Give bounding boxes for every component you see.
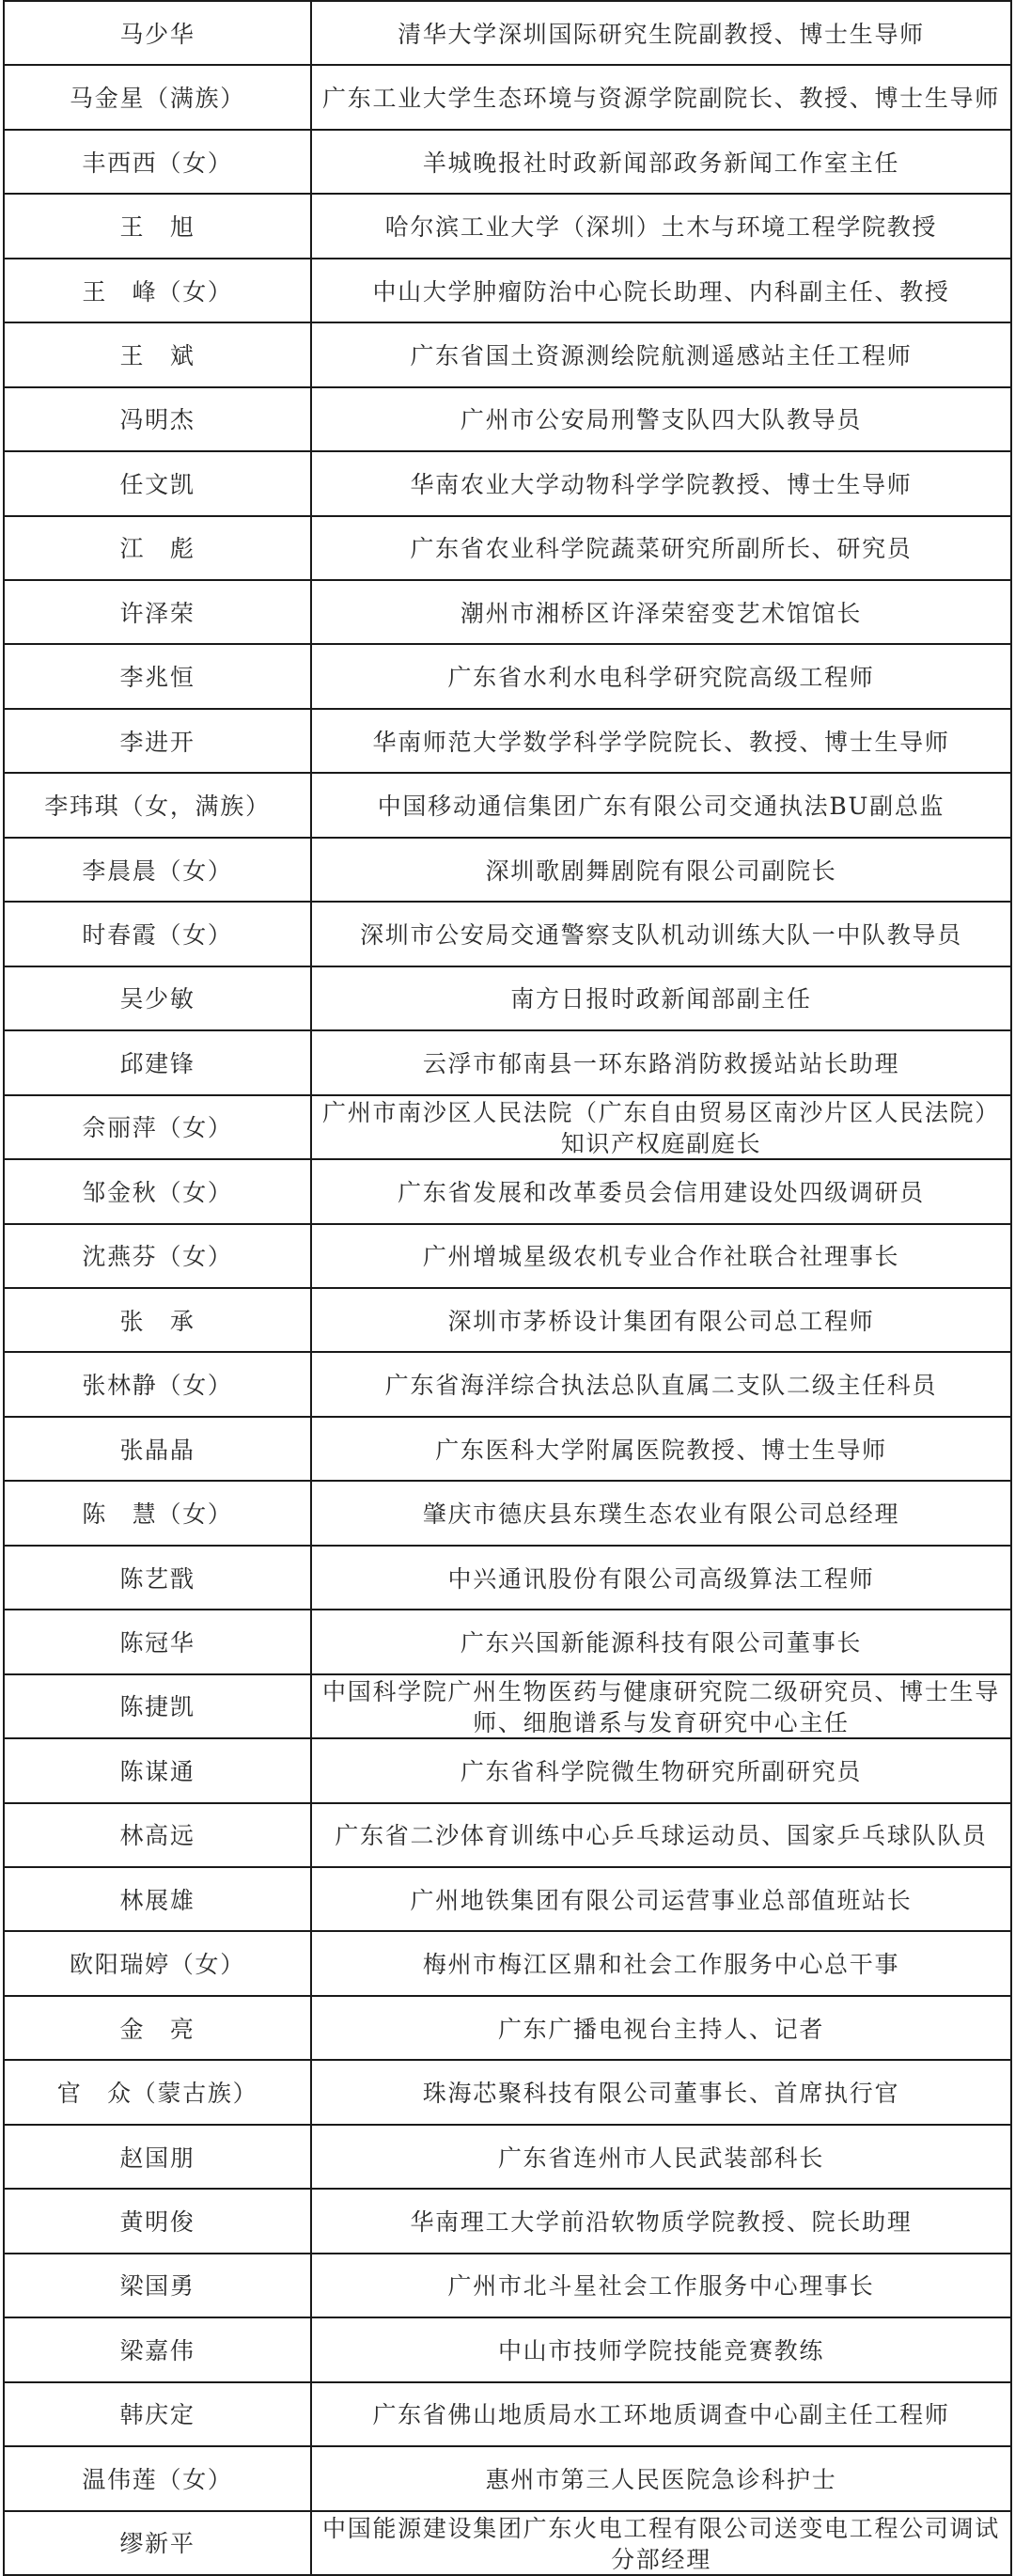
table-row: 陈捷凯中国科学院广州生物医药与健康研究院二级研究员、博士生导 师、细胞谱系与发育…	[5, 1675, 1012, 1739]
name-cell: 佘丽萍（女）	[5, 1096, 312, 1158]
table-row: 李兆恒广东省水利水电科学研究院高级工程师	[5, 645, 1012, 709]
name-cell: 丰西西（女）	[5, 131, 312, 193]
table-row: 陈谋通广东省科学院微生物研究所副研究员	[5, 1739, 1012, 1803]
table-row: 王 斌广东省国土资源测绘院航测遥感站主任工程师	[5, 323, 1012, 387]
position-cell: 云浮市郁南县一环东路消防救援站站长助理	[312, 1031, 1012, 1093]
name-cell: 陈谋通	[5, 1739, 312, 1801]
position-cell: 广东省水利水电科学研究院高级工程师	[312, 645, 1012, 707]
name-cell: 温伟莲（女）	[5, 2447, 312, 2509]
position-cell: 羊城晚报社时政新闻部政务新闻工作室主任	[312, 131, 1012, 193]
name-cell: 许泽荣	[5, 581, 312, 643]
position-cell: 梅州市梅江区鼎和社会工作服务中心总干事	[312, 1932, 1012, 1994]
table-row: 佘丽萍（女）广州市南沙区人民法院（广东自由贸易区南沙片区人民法院） 知识产权庭副…	[5, 1096, 1012, 1160]
table-row: 时春霞（女）深圳市公安局交通警察支队机动训练大队一中队教导员	[5, 903, 1012, 966]
position-cell: 华南农业大学动物科学学院教授、博士生导师	[312, 452, 1012, 514]
table-row: 温伟莲（女）惠州市第三人民医院急诊科护士	[5, 2447, 1012, 2511]
table-row: 官 众（蒙古族）珠海芯聚科技有限公司董事长、首席执行官	[5, 2061, 1012, 2125]
name-cell: 江 彪	[5, 517, 312, 579]
table-row: 张林静（女）广东省海洋综合执法总队直属二支队二级主任科员	[5, 1353, 1012, 1417]
table-row: 王 旭哈尔滨工业大学（深圳）土木与环境工程学院教授	[5, 195, 1012, 259]
position-cell: 深圳市公安局交通警察支队机动训练大队一中队教导员	[312, 903, 1012, 965]
position-cell: 中国能源建设集团广东火电工程有限公司送变电工程公司调试 分部经理	[312, 2512, 1012, 2574]
name-cell: 邱建锋	[5, 1031, 312, 1093]
position-cell: 广东省国土资源测绘院航测遥感站主任工程师	[312, 323, 1012, 385]
name-cell: 梁嘉伟	[5, 2318, 312, 2380]
position-cell: 潮州市湘桥区许泽荣窑变艺术馆馆长	[312, 581, 1012, 643]
position-cell: 中国科学院广州生物医药与健康研究院二级研究员、博士生导 师、细胞谱系与发育研究中…	[312, 1675, 1012, 1737]
position-cell: 肇庆市德庆县东璞生态农业有限公司总经理	[312, 1482, 1012, 1544]
name-cell: 马金星（满族）	[5, 66, 312, 128]
name-cell: 林展雄	[5, 1868, 312, 1930]
name-cell: 陈捷凯	[5, 1675, 312, 1737]
position-cell: 南方日报时政新闻部副主任	[312, 967, 1012, 1029]
table-row: 马金星（满族）广东工业大学生态环境与资源学院副院长、教授、博士生导师	[5, 66, 1012, 130]
name-cell: 陈 慧（女）	[5, 1482, 312, 1544]
table-row: 林高远广东省二沙体育训练中心乒乓球运动员、国家乒乓球队队员	[5, 1804, 1012, 1868]
name-cell: 王 旭	[5, 195, 312, 257]
position-cell: 惠州市第三人民医院急诊科护士	[312, 2447, 1012, 2509]
table-row: 梁嘉伟中山市技师学院技能竞赛教练	[5, 2318, 1012, 2382]
name-cell: 张 承	[5, 1289, 312, 1351]
position-cell: 中国移动通信集团广东有限公司交通执法BU副总监	[312, 774, 1012, 836]
table-row: 邹金秋（女）广东省发展和改革委员会信用建设处四级调研员	[5, 1160, 1012, 1224]
name-cell: 张林静（女）	[5, 1353, 312, 1415]
table-row: 欧阳瑞婷（女）梅州市梅江区鼎和社会工作服务中心总干事	[5, 1932, 1012, 1996]
name-cell: 邹金秋（女）	[5, 1160, 312, 1222]
name-cell: 李晨晨（女）	[5, 839, 312, 901]
table-row: 赵国朋广东省连州市人民武装部科长	[5, 2126, 1012, 2190]
name-cell: 王 斌	[5, 323, 312, 385]
table-row: 梁国勇广州市北斗星社会工作服务中心理事长	[5, 2254, 1012, 2318]
name-cell: 李玮琪（女，满族）	[5, 774, 312, 836]
table-row: 任文凯华南农业大学动物科学学院教授、博士生导师	[5, 452, 1012, 516]
position-cell: 广东广播电视台主持人、记者	[312, 1997, 1012, 2059]
name-cell: 黄明俊	[5, 2190, 312, 2252]
position-cell: 广东省科学院微生物研究所副研究员	[312, 1739, 1012, 1801]
position-cell: 广东省连州市人民武装部科长	[312, 2126, 1012, 2188]
position-cell: 广州市公安局刑警支队四大队教导员	[312, 388, 1012, 450]
name-cell: 时春霞（女）	[5, 903, 312, 965]
name-cell: 张晶晶	[5, 1418, 312, 1480]
name-cell: 王 峰（女）	[5, 259, 312, 322]
name-cell: 金 亮	[5, 1997, 312, 2059]
table-row: 许泽荣潮州市湘桥区许泽荣窑变艺术馆馆长	[5, 581, 1012, 645]
name-cell: 任文凯	[5, 452, 312, 514]
table-row: 江 彪广东省农业科学院蔬菜研究所副所长、研究员	[5, 517, 1012, 581]
table-row: 丰西西（女）羊城晚报社时政新闻部政务新闻工作室主任	[5, 131, 1012, 195]
position-cell: 广东省海洋综合执法总队直属二支队二级主任科员	[312, 1353, 1012, 1415]
position-cell: 广州市北斗星社会工作服务中心理事长	[312, 2254, 1012, 2317]
position-cell: 广东工业大学生态环境与资源学院副院长、教授、博士生导师	[312, 66, 1012, 128]
table-row: 缪新平中国能源建设集团广东火电工程有限公司送变电工程公司调试 分部经理	[5, 2512, 1012, 2576]
position-cell: 广东省农业科学院蔬菜研究所副所长、研究员	[312, 517, 1012, 579]
position-cell: 清华大学深圳国际研究生院副教授、博士生导师	[312, 2, 1012, 64]
name-cell: 陈冠华	[5, 1610, 312, 1673]
position-cell: 珠海芯聚科技有限公司董事长、首席执行官	[312, 2061, 1012, 2123]
position-cell: 广东省二沙体育训练中心乒乓球运动员、国家乒乓球队队员	[312, 1804, 1012, 1866]
name-cell: 韩庆定	[5, 2383, 312, 2445]
name-cell: 欧阳瑞婷（女）	[5, 1932, 312, 1994]
name-cell: 李进开	[5, 710, 312, 772]
name-cell: 冯明杰	[5, 388, 312, 450]
table-row: 林展雄广州地铁集团有限公司运营事业总部值班站长	[5, 1868, 1012, 1932]
table-row: 陈冠华广东兴国新能源科技有限公司董事长	[5, 1610, 1012, 1674]
position-cell: 广州地铁集团有限公司运营事业总部值班站长	[312, 1868, 1012, 1930]
position-cell: 广州增城星级农机专业合作社联合社理事长	[312, 1225, 1012, 1287]
position-cell: 华南理工大学前沿软物质学院教授、院长助理	[312, 2190, 1012, 2252]
name-cell: 林高远	[5, 1804, 312, 1866]
name-cell: 吴少敏	[5, 967, 312, 1029]
name-cell: 官 众（蒙古族）	[5, 2061, 312, 2123]
table-row: 黄明俊华南理工大学前沿软物质学院教授、院长助理	[5, 2190, 1012, 2254]
table-row: 张 承深圳市茅桥设计集团有限公司总工程师	[5, 1289, 1012, 1353]
table-row: 陈 慧（女）肇庆市德庆县东璞生态农业有限公司总经理	[5, 1482, 1012, 1546]
table-row: 马少华清华大学深圳国际研究生院副教授、博士生导师	[5, 2, 1012, 66]
position-cell: 华南师范大学数学科学学院院长、教授、博士生导师	[312, 710, 1012, 772]
position-cell: 广州市南沙区人民法院（广东自由贸易区南沙片区人民法院） 知识产权庭副庭长	[312, 1096, 1012, 1158]
table-row: 邱建锋云浮市郁南县一环东路消防救援站站长助理	[5, 1031, 1012, 1095]
position-cell: 广东省佛山地质局水工环地质调查中心副主任工程师	[312, 2383, 1012, 2445]
position-cell: 中山市技师学院技能竞赛教练	[312, 2318, 1012, 2380]
table-row: 韩庆定广东省佛山地质局水工环地质调查中心副主任工程师	[5, 2383, 1012, 2447]
position-cell: 中山大学肿瘤防治中心院长助理、内科副主任、教授	[312, 259, 1012, 322]
position-cell: 广东省发展和改革委员会信用建设处四级调研员	[312, 1160, 1012, 1222]
table-row: 金 亮广东广播电视台主持人、记者	[5, 1997, 1012, 2061]
name-cell: 李兆恒	[5, 645, 312, 707]
roster-table: 马少华清华大学深圳国际研究生院副教授、博士生导师 马金星（满族）广东工业大学生态…	[3, 0, 1012, 2576]
table-row: 沈燕芬（女）广州增城星级农机专业合作社联合社理事长	[5, 1225, 1012, 1289]
table-row: 陈艺戬中兴通讯股份有限公司高级算法工程师	[5, 1547, 1012, 1610]
table-row: 吴少敏南方日报时政新闻部副主任	[5, 967, 1012, 1031]
name-cell: 沈燕芬（女）	[5, 1225, 312, 1287]
position-cell: 深圳歌剧舞剧院有限公司副院长	[312, 839, 1012, 901]
position-cell: 广东兴国新能源科技有限公司董事长	[312, 1610, 1012, 1673]
name-cell: 梁国勇	[5, 2254, 312, 2317]
name-cell: 马少华	[5, 2, 312, 64]
table-row: 李玮琪（女，满族）中国移动通信集团广东有限公司交通执法BU副总监	[5, 774, 1012, 838]
table-row: 李进开华南师范大学数学科学学院院长、教授、博士生导师	[5, 710, 1012, 774]
table-row: 张晶晶广东医科大学附属医院教授、博士生导师	[5, 1418, 1012, 1482]
position-cell: 哈尔滨工业大学（深圳）土木与环境工程学院教授	[312, 195, 1012, 257]
table-row: 冯明杰广州市公安局刑警支队四大队教导员	[5, 388, 1012, 452]
name-cell: 陈艺戬	[5, 1547, 312, 1609]
position-cell: 广东医科大学附属医院教授、博士生导师	[312, 1418, 1012, 1480]
name-cell: 赵国朋	[5, 2126, 312, 2188]
position-cell: 中兴通讯股份有限公司高级算法工程师	[312, 1547, 1012, 1609]
position-cell: 深圳市茅桥设计集团有限公司总工程师	[312, 1289, 1012, 1351]
name-cell: 缪新平	[5, 2512, 312, 2574]
table-row: 王 峰（女）中山大学肿瘤防治中心院长助理、内科副主任、教授	[5, 259, 1012, 323]
table-row: 李晨晨（女）深圳歌剧舞剧院有限公司副院长	[5, 839, 1012, 903]
